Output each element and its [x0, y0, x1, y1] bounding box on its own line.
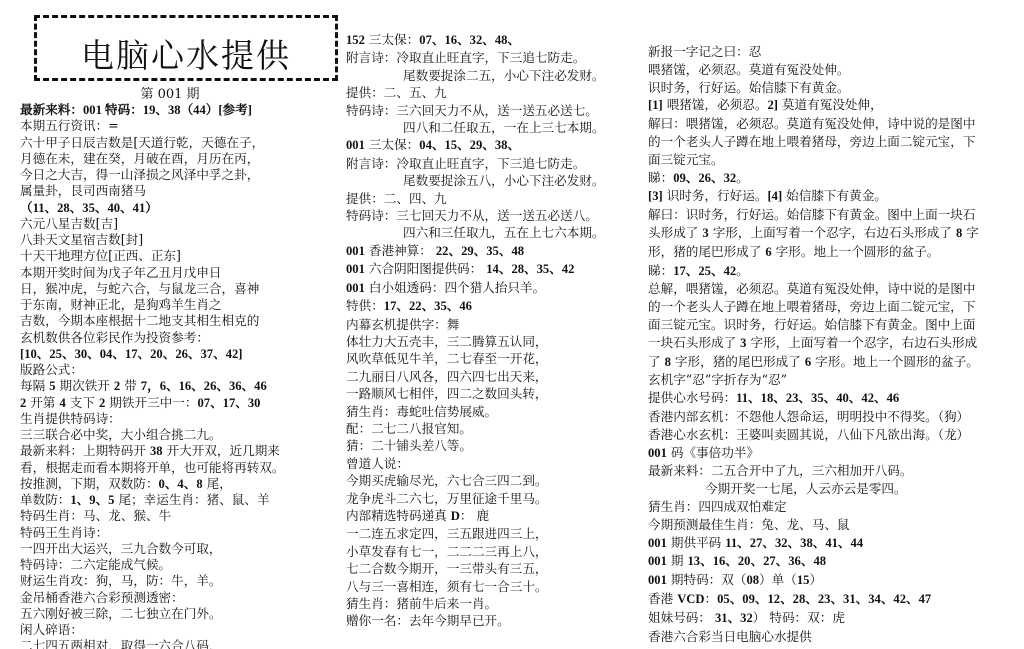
title-box: 电脑心水提供 [34, 15, 338, 81]
text-line: 一二连五求定四，三五跟进四三上， [346, 525, 641, 542]
text-line: 玄机数供各位彩民作为投资参考： [20, 330, 340, 346]
text-line: 内部精选特码递真 D： 鹿 [346, 507, 641, 525]
text-line: 二九丽日八风各，四六四七出天来， [346, 368, 641, 385]
text-line: [1] 喂猪馐，必须忍。2] 莫道有冤没处伸， [648, 96, 1024, 115]
text-line: 001 三太保：04、15、29、38、 [346, 136, 641, 154]
text-line: 总解，喂猪馐，必须忍。莫道有冤没处伸，诗中说的是图中 [648, 280, 1024, 298]
text-line: 今期开奖一七尾，人云亦云是零四。 [648, 480, 1024, 498]
text-line: 的一个老头人子蹲在地上喂着猪母，旁边上面二锭元宝，下 [648, 298, 1024, 316]
text-line: 单数防：1、9、5 尾；幸运生肖：猪、鼠、羊 [20, 492, 340, 508]
column-left: 第 001 期 最新来料：001 特码：19、38（44）[参考]本期五行资讯：… [20, 83, 340, 649]
text-line: 一路顺风七相伴，四二之数回头转， [346, 385, 641, 402]
text-line: 版路公式： [20, 362, 340, 378]
text-line: 七二合数今期开，一三带头有三五， [346, 560, 641, 577]
text-line: 看，根据走而看本期将开单，也可能将再转双。 [20, 460, 340, 476]
text-line: 八卦天文星宿吉数[封] [20, 232, 340, 248]
text-line: 猜生肖：四四成双怕难定 [648, 498, 1024, 516]
text-line: 五六刚好被三除，二七独立在门外。 [20, 606, 340, 622]
text-line: 特码生肖：马、龙、猴、牛 [20, 508, 340, 524]
text-line: 附言诗：冷取直止旺直字，下三追七防走。 [346, 49, 641, 66]
text-line: 附言诗：冷取直止旺直字，下三追七防走。 [346, 155, 641, 172]
text-line: 按推测，下期，双数防：0、4、8 尾， [20, 476, 340, 492]
text-line: 配：二七二八报官知。 [346, 420, 641, 437]
text-line: 四六和三任取九，五在上七六本期。 [346, 224, 641, 241]
text-line: 头形成了 3 字形，上面写着一个忍字，右边石头形成了 8 字 [648, 224, 1024, 243]
text-line: 特码王生肖诗： [20, 525, 340, 541]
text-line: 香港心水玄机：王婆叫卖圆其说，八仙下凡欲出海。（龙） [648, 426, 1024, 444]
text-line: 猜：二十铺头差八等。 [346, 437, 641, 454]
text-line: 152 三太保：07、16、32、48、 [346, 31, 641, 49]
text-line: 一四开出大运兴，三九合数今可取， [20, 541, 340, 557]
text-line: 最新来料：001 特码：19、38（44）[参考] [20, 102, 340, 118]
text-line: 特供：17、22、35、46 [346, 297, 641, 315]
text-line: 识时务，行好运。始信膝下有黄金。 [648, 79, 1024, 97]
text-line: 睇：09、26、32。 [648, 169, 1024, 188]
page-title: 电脑心水提供 [37, 30, 335, 77]
text-line: 于东南，财神正北，是狗鸡羊生肖之 [20, 297, 340, 313]
text-line: 玄机字“忍”字折存为“忍” [648, 371, 1024, 389]
text-line: 解曰：喂猪馐，必须忍。莫道有冤没处伸，诗中说的是图中 [648, 115, 1024, 133]
text-line: 香港六合彩当日电脑心水提供 [648, 628, 1024, 646]
text-line: 特码诗：三七回天力不从，送一送五必送八。 [346, 207, 641, 224]
text-line: （11、28、35、40、41） [20, 200, 340, 216]
text-line: [10、25、30、04、17、20、26、37、42] [20, 346, 340, 362]
text-line: 2 开第 4 支下 2 期铁开三中一：07、17、30 [20, 395, 340, 411]
text-line: 四八和二任取五，一在上三七本期。 [346, 119, 641, 136]
text-line: 喂猪馐，必须忍。莫道有冤没处伸。 [648, 61, 1024, 79]
issue-number: 第 001 期 [20, 83, 320, 102]
text-line: 风吹草低见牛羊，二七春至一开花， [346, 350, 641, 367]
text-line: 内幕玄机提供字：舞 [346, 316, 641, 333]
text-line: 解曰：识时务，行好运。始信膝下有黄金。图中上面一块石 [648, 206, 1024, 224]
text-line: 二七四五两相对，取得一六合八码， [20, 638, 340, 649]
text-line: 今日之大吉，得一山泽损之风泽中孚之卦， [20, 167, 340, 183]
text-line: 001 期供平码 11、27、32、38、41、44 [648, 534, 1024, 553]
text-line: 今期预测最佳生肖：兔、龙、马、鼠 [648, 516, 1024, 534]
text-line: [3] 识时务，行好运。[4] 始信膝下有黄金。 [648, 187, 1024, 206]
text-line: 形，猪的尾巴形成了 6 字形。地上一个圆形的盆子。 [648, 243, 1024, 262]
text-line: 三三联合必中奖，大小组合挑二九。 [20, 427, 340, 443]
text-line: 龙争虎斗二六七，万里征途千里马。 [346, 490, 641, 507]
text-line: 提供心水号码：11、18、23、35、40、42、46 [648, 389, 1024, 408]
text-line: 最新来料：二五合开中了九，三六相加开八码。 [648, 462, 1024, 480]
text-line: 特码诗：二六定能成气候。 [20, 557, 340, 573]
text-line: 本期开奖时间为戊子年乙丑月戊申日 [20, 265, 340, 281]
text-line: 001 香港神算： 22、29、35、48 [346, 242, 641, 260]
text-line: 新报一字记之曰：忍 [648, 43, 1024, 61]
text-line: 小草发春有七一，二二二三再上八， [346, 543, 641, 560]
text-line: 了 8 字形，猪的尾巴形成了 6 字形。地上一个圆形的盆子。 [648, 353, 1024, 372]
text-line: 姐妹号码： 31、32） 特码：双：虎 [648, 609, 1024, 628]
text-line: 猜生肖：毒蛇吐信势展威。 [346, 403, 641, 420]
text-line: 六元八星吉数[吉] [20, 216, 340, 232]
text-line: 特码诗：三六回天力不从，送一送五必送七。 [346, 102, 641, 119]
text-line: 001 码《事倍功半》 [648, 444, 1024, 463]
text-line: 属量卦，艮司西南猪马 [20, 183, 340, 199]
text-line: 本期五行资讯：= [20, 118, 340, 134]
text-line: 的一个老头人子蹲在地上喂着猪母，旁边上面二锭元宝，下 [648, 133, 1024, 151]
text-line: 日，猴冲虎，与蛇六合，与鼠龙三合，喜神 [20, 281, 340, 297]
text-line: 香港 VCD：05、09、12、28、23、31、34、42、47 [648, 590, 1024, 609]
text-line: 面三锭元宝。识时务，行好运。始信膝下有黄金。图中上面 [648, 316, 1024, 334]
text-line: 睇：17、25、42。 [648, 262, 1024, 281]
text-line: 001 期特码：双（08）单（15） [648, 571, 1024, 590]
text-line: 赠你一名：去年今期早已开。 [346, 612, 641, 629]
text-line: 面三锭元宝。 [648, 151, 1024, 169]
column-right: 新报一字记之曰：忍喂猪馐，必须忍。莫道有冤没处伸。识时务，行好运。始信膝下有黄金… [648, 43, 1024, 645]
text-line: 尾数要捉涂二五，小心下注必发财。 [346, 67, 641, 84]
text-line: 闲人碎语： [20, 622, 340, 638]
text-line: 体壮力大五壳丰，三二腾算五认同， [346, 333, 641, 350]
text-line: 每隔 5 期次铁开 2 带 7，6、16、26、36、46 [20, 378, 340, 394]
text-line: 生肖提供特码诗： [20, 411, 340, 427]
column-middle: 152 三太保：07、16、32、48、附言诗：冷取直止旺直字，下三追七防走。尾… [346, 31, 641, 630]
text-line: 月德在未，建在癸，月破在酉，月历在丙， [20, 151, 340, 167]
text-line: 尾数要捉涂五八，小心下注必发财。 [346, 172, 641, 189]
text-line: 一块石头形成了 3 字形，上面写着一个忍字，右边石头形成 [648, 334, 1024, 353]
text-line: 猜生肖：猪前牛后来一肖。 [346, 595, 641, 612]
text-line: 香港内部玄机：不怨他人怨命运，明明投中不得奖。（狗） [648, 408, 1024, 426]
text-line: 十天干地理方位[正西、正东] [20, 248, 340, 264]
text-line: 曾道人说： [346, 455, 641, 472]
text-line: 八与三一喜相连，须有七一合三十。 [346, 578, 641, 595]
text-line: 001 期 13、16、20、27、36、48 [648, 552, 1024, 571]
text-line: 001 白小姐透码：四个猎人抬只羊。 [346, 279, 641, 297]
text-line: 提供：二、五、九 [346, 84, 641, 101]
text-line: 今期买虎输尽光，六七合三四二到。 [346, 472, 641, 489]
text-line: 最新来料：上期特码开 38 开大开双，近几期来 [20, 443, 340, 459]
text-line: 001 六合阴阳图提供码： 14、28、35、42 [346, 260, 641, 278]
text-line: 金吊桶香港六合彩预测透密： [20, 590, 340, 606]
text-line: 六十甲子日辰吉数是[天道行乾，天德在子， [20, 135, 340, 151]
text-line: 提供：二、四、九 [346, 190, 641, 207]
text-line: 吉数，今期本座根据十二地支其相生相克的 [20, 313, 340, 329]
text-line: 财运生肖攻：狗，马，防：牛，羊。 [20, 573, 340, 589]
